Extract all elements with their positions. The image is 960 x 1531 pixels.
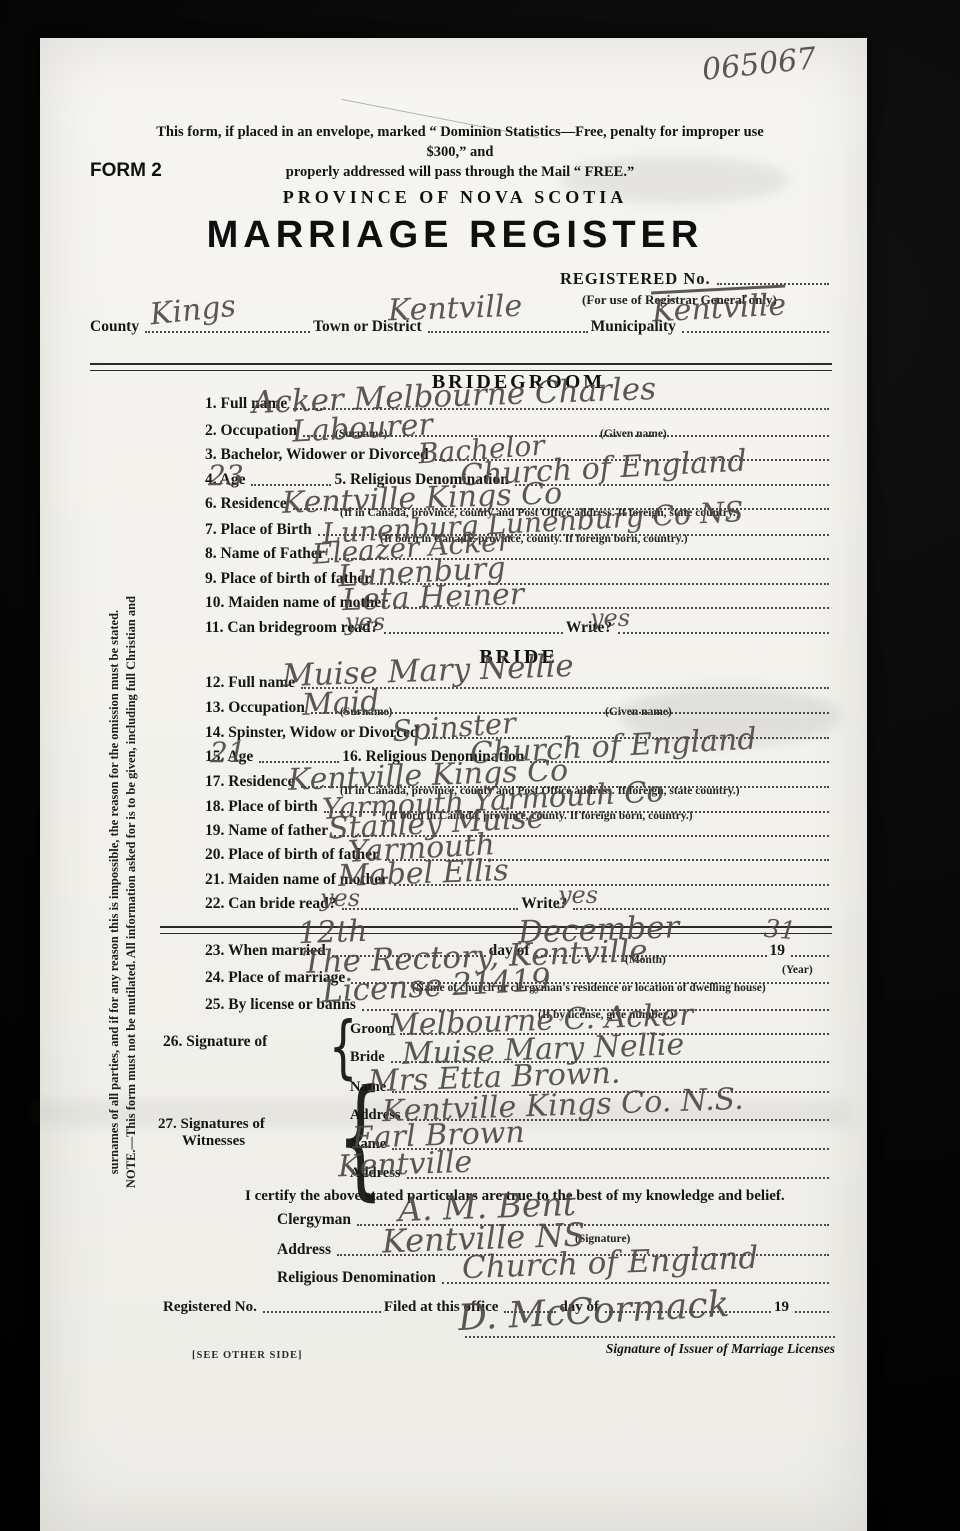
field-label: 6. Residence bbox=[205, 495, 290, 513]
town-value: Kentville bbox=[388, 292, 523, 327]
side-note: surnames of all parties, and if for any … bbox=[106, 582, 140, 1202]
witness2-address-value: Kentville bbox=[338, 1148, 473, 1183]
dotted-line bbox=[618, 632, 829, 634]
section-divider bbox=[160, 926, 832, 934]
registered-no-row: REGISTERED No. bbox=[560, 270, 832, 288]
bride-read-write-row: 22. Can bride read? Write? bbox=[205, 895, 832, 913]
bride-write-value: yes bbox=[558, 883, 598, 907]
dotted-line bbox=[342, 908, 518, 910]
address-label: Address bbox=[277, 1241, 334, 1259]
bride-read-value: yes bbox=[320, 886, 360, 910]
form-number-label: FORM 2 bbox=[90, 160, 162, 182]
signature-of-label: 26. Signature of bbox=[163, 1033, 267, 1051]
issuer-signature-line bbox=[465, 1336, 835, 1338]
province-heading: PROVINCE OF NOVA SCOTIA bbox=[155, 187, 755, 208]
issuer-caption: Signature of Issuer of Marriage Licenses bbox=[465, 1341, 835, 1357]
bridegroom-write-value: yes bbox=[590, 606, 630, 630]
field-label: 8. Name of Father bbox=[205, 545, 328, 563]
side-note-line1: NOTE.—This form must not be mutilated. A… bbox=[123, 582, 140, 1202]
dotted-line bbox=[682, 331, 829, 333]
witnesses-label-line1: 27. Signatures of bbox=[158, 1116, 265, 1133]
bride-occupation-row: 13. Occupation bbox=[205, 699, 832, 717]
witnesses-label-line2: Witnesses bbox=[158, 1133, 265, 1150]
mail-notice: This form, if placed in an envelope, mar… bbox=[140, 122, 780, 182]
year-prefix: 19 bbox=[770, 942, 789, 960]
registered-label: Registered No. bbox=[163, 1298, 260, 1316]
denomination-label: Religious Denomination bbox=[277, 1269, 439, 1287]
section-divider bbox=[90, 363, 832, 371]
dotted-line bbox=[263, 1311, 381, 1313]
side-note-line2: surnames of all parties, and if for any … bbox=[106, 582, 123, 1202]
bridegroom-father-row: 8. Name of Father bbox=[205, 545, 832, 563]
dotted-line bbox=[791, 955, 829, 957]
dotted-line bbox=[573, 908, 829, 910]
bridegroom-age-value: 23 bbox=[208, 462, 244, 490]
mail-notice-line2: properly addressed will pass through the… bbox=[140, 162, 780, 182]
dotted-line bbox=[428, 331, 588, 333]
dotted-line bbox=[384, 632, 562, 634]
field-label: 13. Occupation bbox=[205, 699, 308, 717]
dotted-line bbox=[717, 283, 829, 285]
dotted-line bbox=[311, 712, 829, 714]
scanned-photo: 065067 This form, if placed in an envelo… bbox=[0, 0, 960, 1531]
issuer-signature-value: D. McCormack bbox=[457, 1287, 730, 1337]
county-label: County bbox=[90, 318, 142, 336]
card-number: 065067 bbox=[701, 44, 818, 86]
field-label: 18. Place of birth bbox=[205, 798, 321, 816]
registered-no-label: REGISTERED No. bbox=[560, 270, 714, 288]
dotted-line bbox=[145, 331, 310, 333]
bride-mother-value: Mabel Ellis bbox=[338, 856, 510, 892]
page-title: MARRIAGE REGISTER bbox=[155, 214, 755, 257]
field-label: 2. Occupation bbox=[205, 422, 300, 440]
see-other-side-label: [SEE OTHER SIDE] bbox=[192, 1350, 303, 1361]
bride-age-value: 21 bbox=[210, 739, 246, 767]
mail-notice-line1: This form, if placed in an envelope, mar… bbox=[140, 122, 780, 162]
year-prefix: 19 bbox=[774, 1298, 792, 1316]
bride-occupation-value: Maid bbox=[301, 687, 380, 721]
county-value: Kings bbox=[149, 292, 238, 331]
field-label: 7. Place of Birth bbox=[205, 521, 315, 539]
witnesses-label: 27. Signatures of Witnesses bbox=[158, 1116, 265, 1150]
municipality-value: Kentville bbox=[651, 291, 787, 328]
bridegroom-read-value: yes bbox=[345, 610, 385, 634]
bridegroom-read-write-row: 11. Can bridegroom read? Write? bbox=[205, 619, 832, 637]
when-year-value: 31 bbox=[763, 916, 797, 944]
dotted-line bbox=[795, 1311, 829, 1313]
clergyman-label: Clergyman bbox=[277, 1211, 354, 1229]
field-label: 17. Residence bbox=[205, 773, 298, 791]
marriage-register-form: 065067 This form, if placed in an envelo… bbox=[40, 38, 867, 1531]
bride-father-birthplace-row: 20. Place of birth of father bbox=[205, 846, 832, 864]
bridegroom-occupation-value: Labourer bbox=[291, 410, 433, 447]
bride-mother-row: 21. Maiden name of mother bbox=[205, 871, 832, 889]
field-label: 19. Name of father bbox=[205, 822, 331, 840]
